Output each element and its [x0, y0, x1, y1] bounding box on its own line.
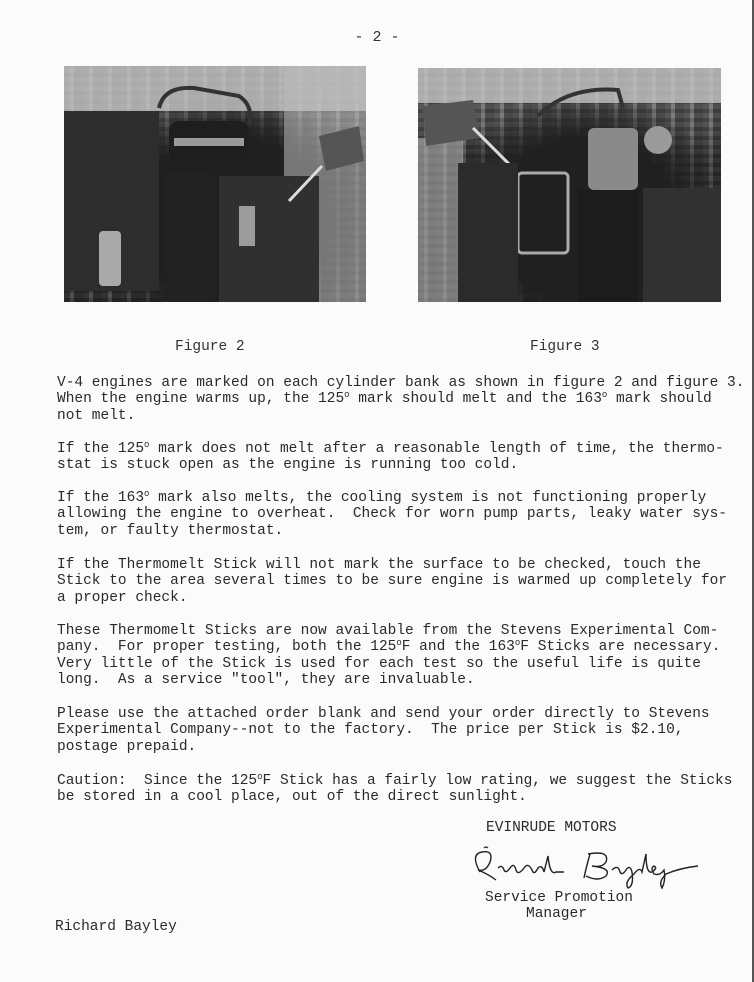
- signer-title-line1: Service Promotion: [485, 890, 633, 906]
- figure-2-caption: Figure 2: [175, 339, 245, 355]
- paragraph-6: Please use the attached order blank and …: [57, 706, 747, 755]
- degree-symbol: o: [144, 489, 149, 499]
- degree-symbol: o: [515, 638, 520, 648]
- signer-title-line2: Manager: [526, 906, 587, 922]
- paragraph-7: Caution: Since the 125oF Stick has a fai…: [57, 773, 747, 806]
- company-name: EVINRUDE MOTORS: [486, 820, 617, 836]
- handwritten-signature: [460, 842, 700, 890]
- figure-3-photo: [418, 68, 721, 302]
- paragraph-4: If the Thermomelt Stick will not mark th…: [57, 557, 747, 606]
- degree-symbol: o: [344, 390, 349, 400]
- degree-symbol: o: [396, 638, 401, 648]
- paragraph-3: If the 163o mark also melts, the cooling…: [57, 490, 747, 539]
- page-number: - 2 -: [0, 29, 754, 46]
- degree-symbol: o: [602, 390, 607, 400]
- figure-3-caption: Figure 3: [530, 339, 600, 355]
- degree-symbol: o: [257, 772, 262, 782]
- degree-symbol: o: [144, 440, 149, 450]
- footer-name: Richard Bayley: [55, 919, 177, 935]
- figure-2-photo: [64, 66, 366, 302]
- paragraph-2: If the 125o mark does not melt after a r…: [57, 441, 747, 474]
- paragraph-5: These Thermomelt Sticks are now availabl…: [57, 623, 747, 688]
- paragraph-1: V-4 engines are marked on each cylinder …: [57, 375, 747, 424]
